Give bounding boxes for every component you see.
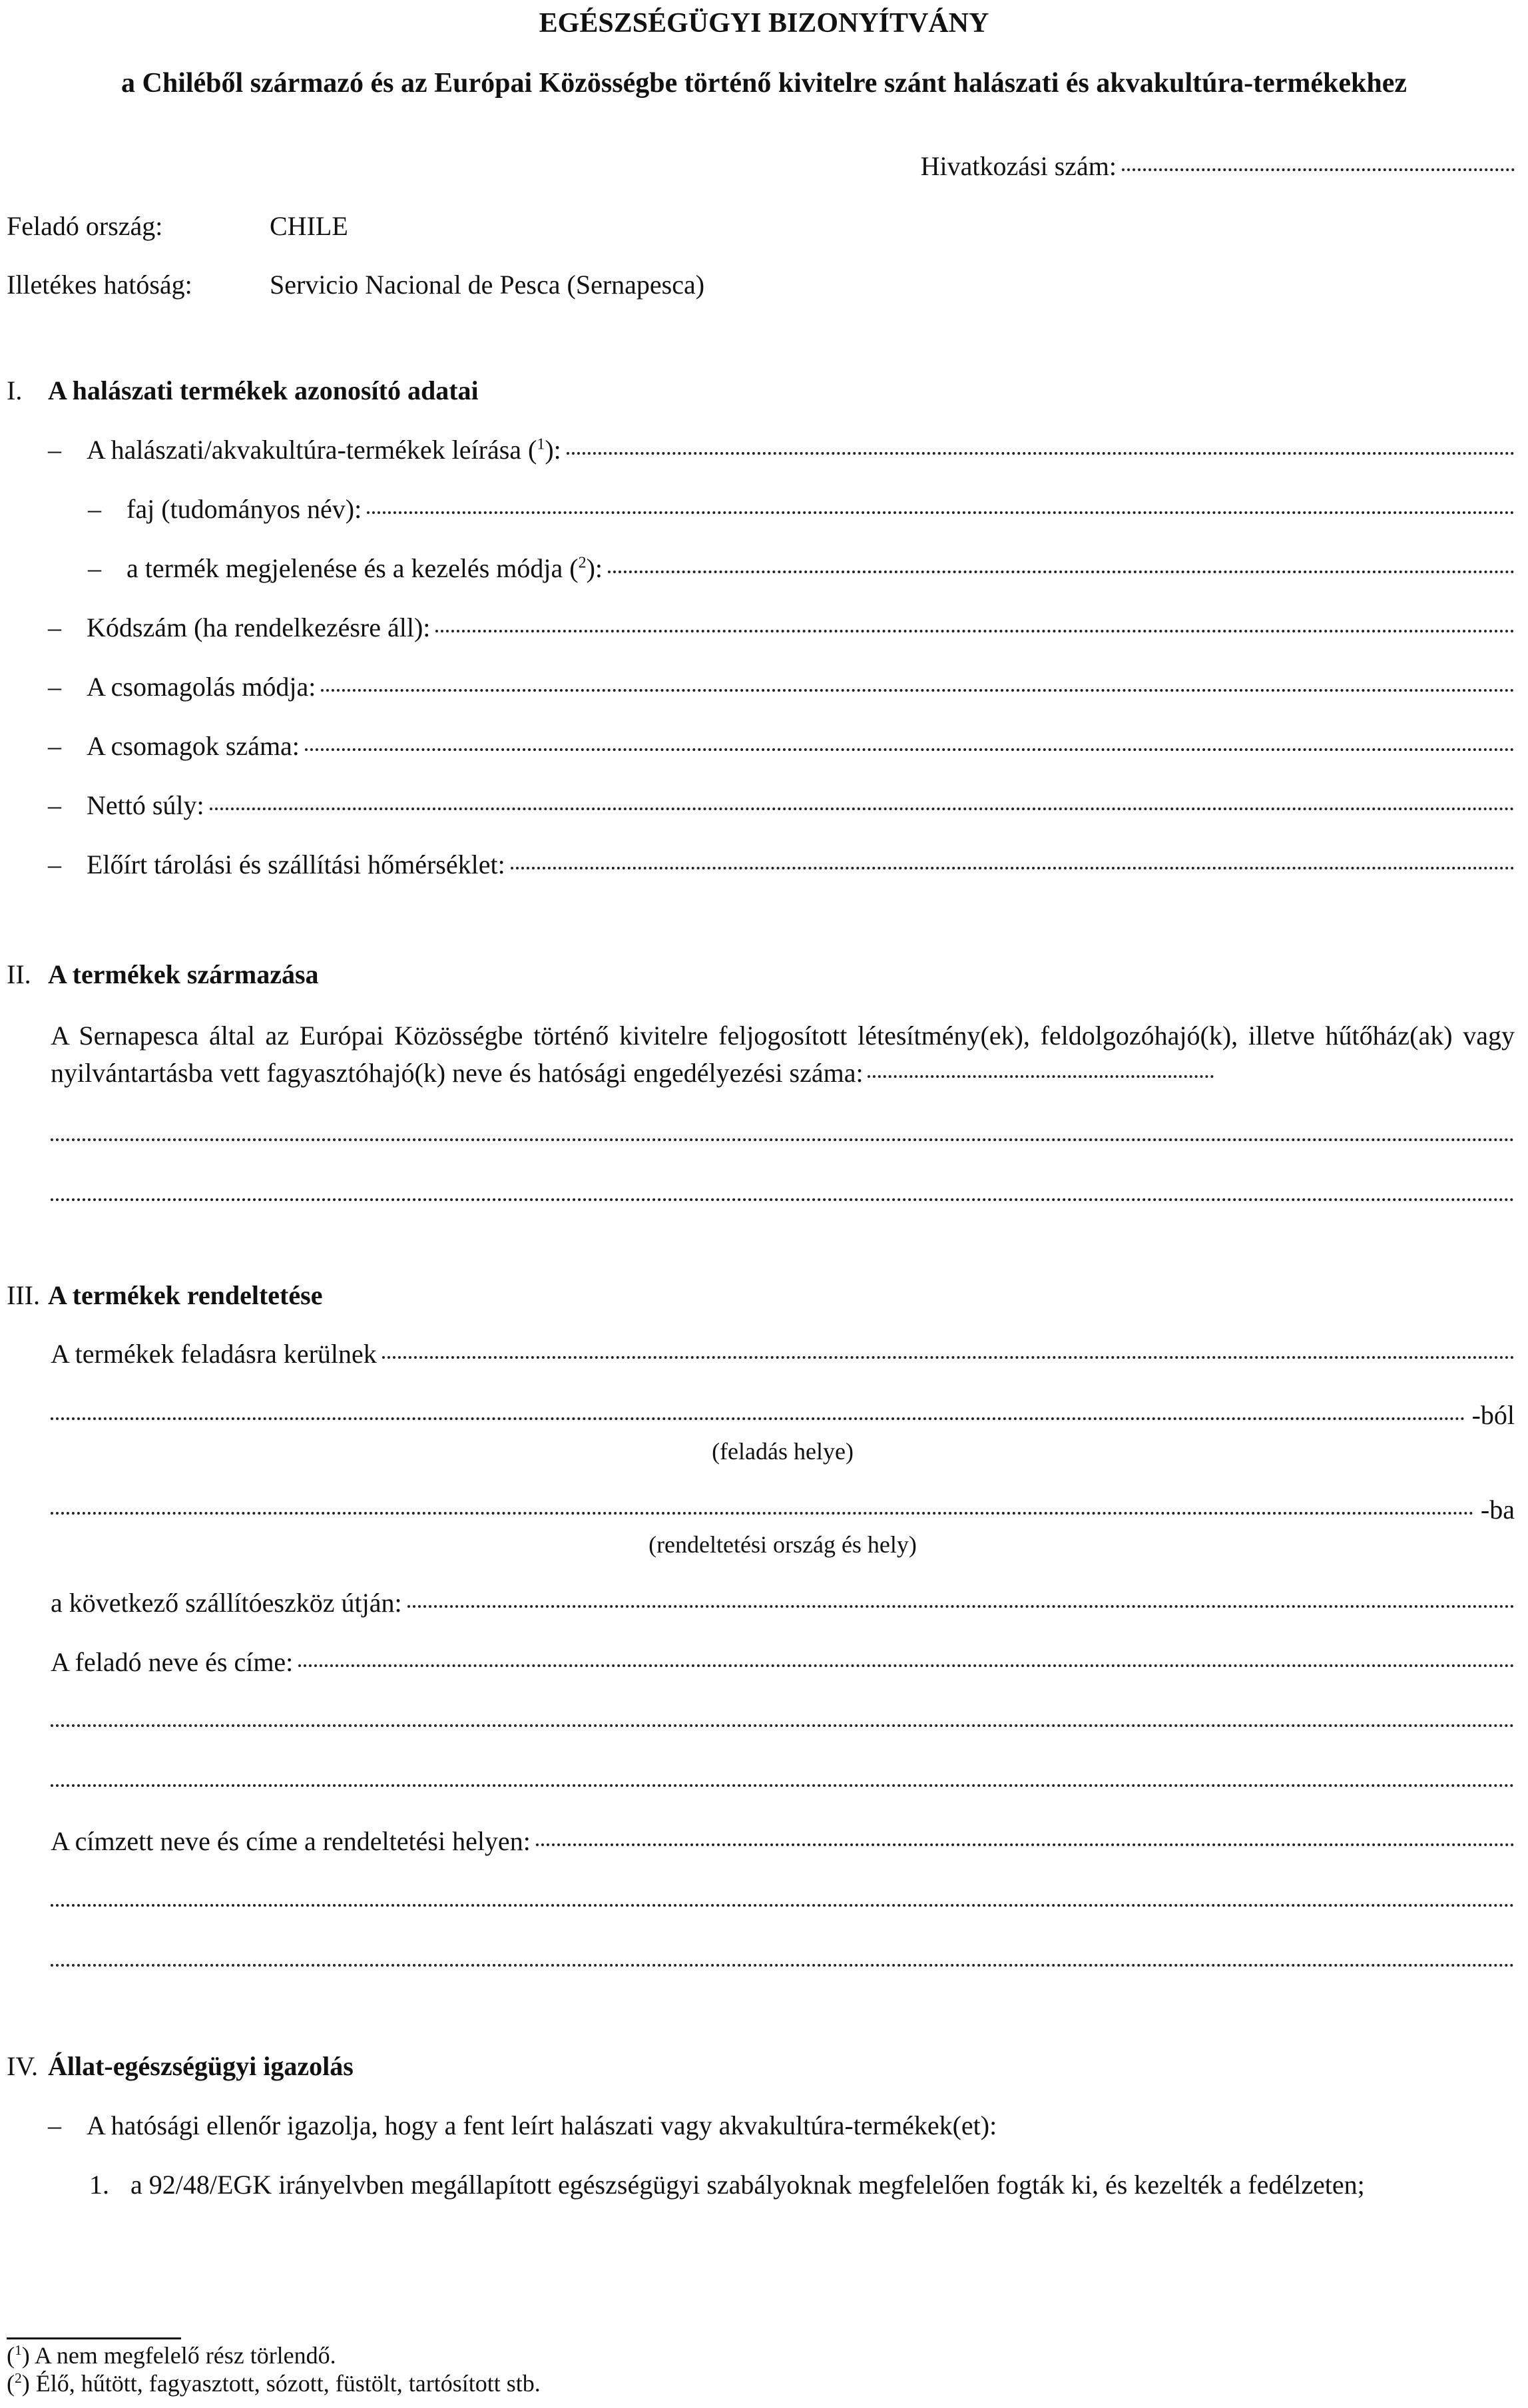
establishment-input-line-2[interactable] bbox=[51, 1138, 1515, 1141]
intro-text: A hatósági ellenőr igazolja, hogy a fent… bbox=[87, 2112, 997, 2139]
item-number: 1. bbox=[89, 2172, 130, 2198]
footnote-1: (1) A nem megfelelő rész törlendő. bbox=[7, 2343, 336, 2367]
field-input[interactable] bbox=[407, 1605, 1515, 1608]
field-input[interactable] bbox=[305, 748, 1515, 751]
field-label: A csomagolás módja: bbox=[87, 674, 316, 700]
field-input[interactable] bbox=[210, 808, 1515, 810]
dash-bullet: – bbox=[48, 792, 87, 819]
establishment-input-line-3[interactable] bbox=[51, 1198, 1515, 1201]
dash-bullet: – bbox=[88, 555, 127, 582]
field-label: Előírt tárolási és szállítási hőmérsékle… bbox=[87, 851, 505, 878]
sender-input-line-2[interactable] bbox=[51, 1724, 1515, 1727]
field-packaging-type: – A csomagolás módja: bbox=[48, 674, 1515, 700]
section-1-number: I. bbox=[7, 377, 22, 404]
place-of-loading-input[interactable] bbox=[51, 1417, 1465, 1420]
field-shipped: A termékek feladásra kerülnek bbox=[51, 1341, 1515, 1367]
section-3-title: A termékek rendeltetése bbox=[48, 1282, 322, 1309]
field-label: Nettó súly: bbox=[87, 792, 204, 819]
section-2-paragraph: A Sernapesca által az Európai Közösségbe… bbox=[51, 1017, 1515, 1092]
field-input[interactable] bbox=[435, 630, 1515, 632]
field-temperature: – Előírt tárolási és szállítási hőmérsék… bbox=[48, 851, 1515, 878]
field-label: A termékek feladásra kerülnek bbox=[51, 1341, 377, 1367]
destination-caption: (rendeltetési ország és hely) bbox=[51, 1533, 1515, 1557]
recipient-input-line-2[interactable] bbox=[51, 1904, 1515, 1907]
dash-bullet: – bbox=[88, 496, 127, 523]
field-input[interactable] bbox=[567, 452, 1515, 455]
to-suffix: -ba bbox=[1481, 1497, 1515, 1523]
place-of-loading-caption: (feladás helye) bbox=[51, 1439, 1515, 1463]
document-title: EGÉSZSÉGÜGYI BIZONYÍTVÁNY bbox=[0, 9, 1528, 37]
field-recipient: A címzett neve és címe a rendeltetési he… bbox=[51, 1828, 1515, 1855]
sender-input-line-3[interactable] bbox=[51, 1784, 1515, 1787]
sender-country-label: Feladó ország: bbox=[7, 213, 162, 240]
field-sender: A feladó neve és címe: bbox=[51, 1649, 1515, 1676]
sender-country-value: CHILE bbox=[270, 213, 348, 240]
field-input[interactable] bbox=[511, 867, 1515, 869]
field-input[interactable] bbox=[298, 1664, 1515, 1667]
footnote-2: (2) Élő, hűtött, fagyasztott, sózott, fü… bbox=[7, 2371, 541, 2395]
field-label: Kódszám (ha rendelkezésre áll): bbox=[87, 614, 430, 641]
section-3-number: III. bbox=[7, 1282, 40, 1309]
field-species: – faj (tudományos név): bbox=[88, 496, 1515, 523]
field-place-of-loading: -ból bbox=[51, 1402, 1515, 1429]
section-4-intro: – A hatósági ellenőr igazolja, hogy a fe… bbox=[48, 2112, 1515, 2139]
field-label: A feladó neve és címe: bbox=[51, 1649, 293, 1676]
field-input[interactable] bbox=[367, 511, 1515, 514]
section-2-number: II. bbox=[7, 961, 31, 988]
reference-number-input[interactable] bbox=[1122, 168, 1515, 171]
field-presentation-treatment: – a termék megjelenése és a kezelés módj… bbox=[88, 555, 1515, 582]
field-label: A halászati/akvakultúra-termékek leírása… bbox=[87, 437, 561, 463]
field-label: A címzett neve és címe a rendeltetési he… bbox=[51, 1828, 531, 1855]
from-suffix: -ból bbox=[1472, 1402, 1515, 1429]
section-4-title: Állat-egészségügyi igazolás bbox=[48, 2053, 354, 2080]
field-input[interactable] bbox=[608, 571, 1515, 573]
field-input[interactable] bbox=[321, 689, 1515, 692]
field-net-weight: – Nettó súly: bbox=[48, 792, 1515, 819]
establishment-input[interactable] bbox=[868, 1075, 1214, 1078]
field-label: faj (tudományos név): bbox=[127, 496, 362, 523]
section-2-title: A termékek származása bbox=[48, 961, 319, 988]
field-label: a következő szállítóeszköz útján: bbox=[51, 1590, 402, 1616]
field-package-count: – A csomagok száma: bbox=[48, 733, 1515, 760]
reference-number-field: Hivatkozási szám: bbox=[921, 153, 1515, 180]
field-input[interactable] bbox=[382, 1356, 1515, 1359]
dash-bullet: – bbox=[48, 733, 87, 760]
field-destination: -ba bbox=[51, 1497, 1515, 1523]
competent-authority-value: Servicio Nacional de Pesca (Sernapesca) bbox=[270, 272, 704, 298]
field-product-description: – A halászati/akvakultúra-termékek leírá… bbox=[48, 437, 1515, 463]
field-label: a termék megjelenése és a kezelés módja … bbox=[127, 555, 603, 582]
section-4-item-1: 1. a 92/48/EGK irányelvben megállapított… bbox=[89, 2172, 1515, 2198]
destination-input[interactable] bbox=[51, 1512, 1474, 1515]
dash-bullet: – bbox=[48, 437, 87, 463]
dash-bullet: – bbox=[48, 851, 87, 878]
competent-authority-label: Illetékes hatóság: bbox=[7, 272, 192, 298]
section-1-title: A halászati termékek azonosító adatai bbox=[48, 377, 479, 404]
dash-bullet: – bbox=[48, 2112, 87, 2139]
footnote-divider bbox=[7, 2337, 181, 2339]
field-input[interactable] bbox=[536, 1843, 1515, 1846]
field-means-of-transport: a következő szállítóeszköz útján: bbox=[51, 1590, 1515, 1616]
field-code-number: – Kódszám (ha rendelkezésre áll): bbox=[48, 614, 1515, 641]
recipient-input-line-3[interactable] bbox=[51, 1964, 1515, 1967]
reference-number-label: Hivatkozási szám: bbox=[921, 153, 1117, 180]
field-label: A csomagok száma: bbox=[87, 733, 300, 760]
document-subtitle: a Chiléből származó és az Európai Közöss… bbox=[0, 69, 1528, 97]
section-4-number: IV. bbox=[7, 2053, 38, 2080]
item-text: a 92/48/EGK irányelvben megállapított eg… bbox=[130, 2172, 1365, 2198]
dash-bullet: – bbox=[48, 614, 87, 641]
dash-bullet: – bbox=[48, 674, 87, 700]
